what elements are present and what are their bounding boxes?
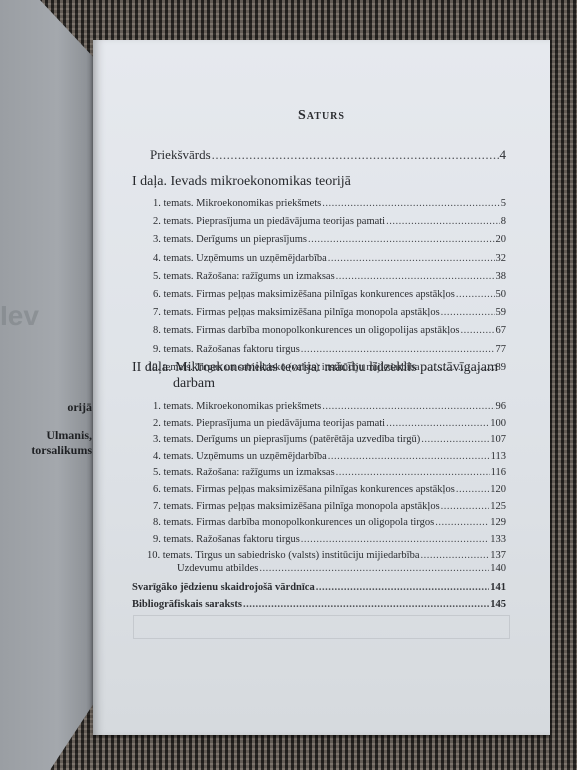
part-2-heading-continued: darbam: [173, 376, 215, 392]
toc-topic-entry: 8. temats. Firmas darbība monopolkonkure…: [153, 517, 506, 528]
toc-topic-entry: 6. temats. Firmas peļņas maksimizēšana p…: [153, 484, 506, 495]
toc-topic-entry: 7. temats. Firmas peļņas maksimizēšana p…: [153, 307, 506, 318]
toc-topic-entry: 8. temats. Firmas darbība monopolkonkure…: [153, 325, 506, 336]
toc-topic-entry: 5. temats. Ražošana: ražīgums un izmaksa…: [153, 467, 506, 478]
toc-entry-preface: Priekšvārds 4: [150, 147, 506, 163]
book-page: Saturs Priekšvārds 4 I daļa. Ievads mikr…: [93, 40, 550, 735]
left-page-ghost-text: Iev: [0, 300, 39, 332]
toc-entry-bibliography: Bibliogrāfiskais saraksts 145: [132, 599, 506, 610]
toc-topic-entry: 2. temats. Pieprasījuma un piedāvājuma t…: [153, 216, 506, 227]
toc-title: Saturs: [93, 108, 550, 124]
toc-topic-entry: 1. temats. Mikroekonomikas priekšmets96: [153, 401, 506, 412]
left-page: Iev orijā Ulmanis, torsalikums: [0, 0, 96, 770]
toc-topic-entry: 3. temats. Derīgums un pieprasījums20: [153, 234, 506, 245]
toc-entry-glossary: Svarīgāko jēdzienu skaidrojošā vārdnīca …: [132, 582, 506, 593]
left-page-line: torsalikums: [0, 443, 92, 458]
bleed-through-table: [133, 615, 510, 639]
toc-topic-entry: 7. temats. Firmas peļņas maksimizēšana p…: [153, 501, 506, 512]
toc-topic-entry: 10. temats. Tirgus un sabiedrisko (valst…: [147, 550, 506, 561]
toc-topic-entry: 1. temats. Mikroekonomikas priekšmets5: [153, 198, 506, 209]
toc-topic-entry: 9. temats. Ražošanas faktoru tirgus133: [153, 534, 506, 545]
part-1-heading: I daļa. Ievads mikroekonomikas teorijā: [132, 174, 351, 190]
toc-topic-entry: 4. temats. Uzņēmums un uzņēmējdarbība32: [153, 253, 506, 264]
toc-topic-entry: 3. temats. Derīgums un pieprasījums (pat…: [153, 434, 506, 445]
toc-topic-entry: 6. temats. Firmas peļņas maksimizēšana p…: [153, 289, 506, 300]
toc-topic-entry: 5. temats. Ražošana: ražīgums un izmaksa…: [153, 271, 506, 282]
toc-topic-entry: 2. temats. Pieprasījuma un piedāvājuma t…: [153, 418, 506, 429]
part-2-heading: II daļa. Mikroekonomikas teorija: mācību…: [132, 360, 498, 376]
toc-topic-entry: 9. temats. Ražošanas faktoru tirgus77: [153, 344, 506, 355]
left-page-line: Ulmanis,: [0, 428, 92, 443]
toc-topic-entry: 4. temats. Uzņēmums un uzņēmējdarbība113: [153, 451, 506, 462]
left-page-line: orijā: [0, 400, 92, 415]
toc-entry-answers: Uzdevumu atbildes 140: [177, 563, 506, 574]
